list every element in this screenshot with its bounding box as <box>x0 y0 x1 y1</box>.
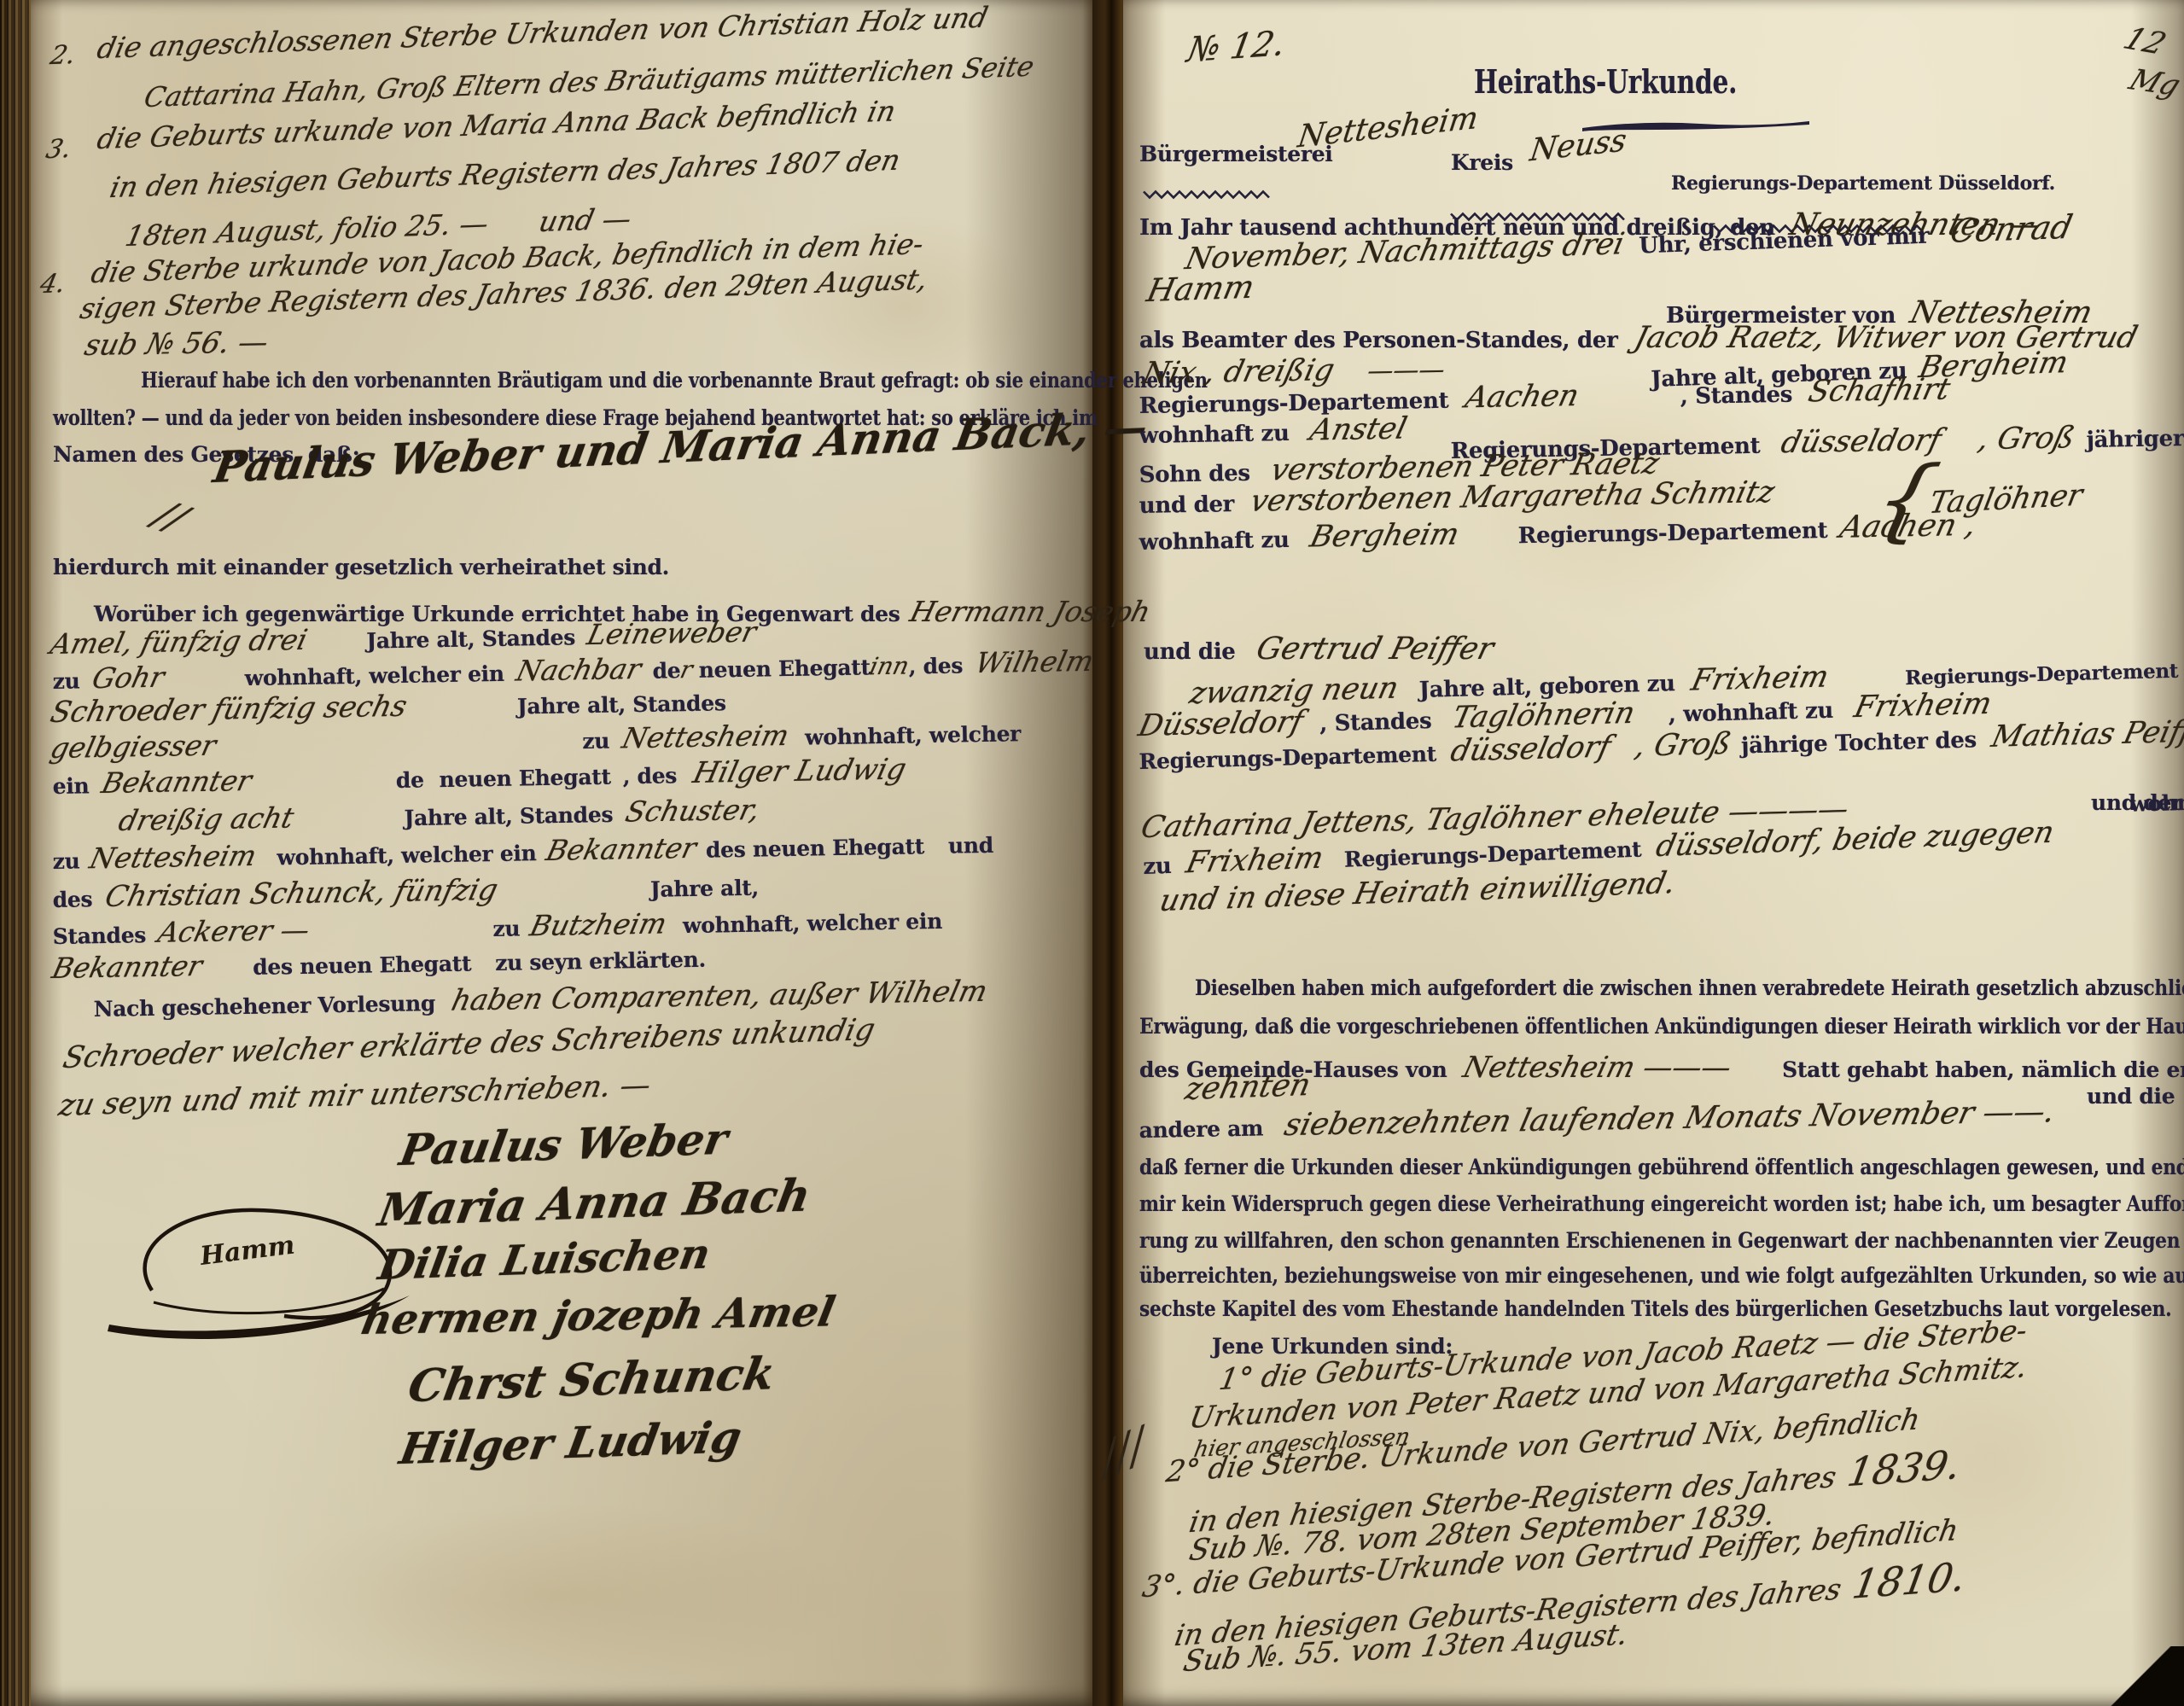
margin-slashes: /// <box>1094 1422 1153 1482</box>
first-banns-date: zehnten <box>1185 1069 1311 1106</box>
printed-form-text: als Beamter des Personen-Standes, der <box>1139 328 1618 353</box>
consent-para-2: Erwägung, daß die vorgeschriebenen öffen… <box>1139 1016 2184 1038</box>
printed-form-text: andere am <box>1139 1115 1263 1143</box>
groom-line-5: wohnhaft zuAnstel <box>1139 414 1406 450</box>
printed-form-text: Regierungs-Departement Düsseldorf. <box>1671 172 2055 195</box>
handwritten-entry: Nettesheim ——— <box>1460 1053 1735 1084</box>
printed-form-text: Regierungs-Departement <box>1518 518 1828 549</box>
handwritten-entry: verstorbenen Margaretha Schmitz <box>1248 477 1778 518</box>
form-reg-dep-duesseldorf: Regierungs-Departement Düsseldorf. <box>1671 174 2055 194</box>
handwritten-entry: Frixheim <box>1851 689 1995 724</box>
handwritten-entry: Neuss <box>1528 125 1628 167</box>
handwritten-entry: Bergheim <box>1307 519 1462 553</box>
printed-form-text: , wohnhaft zu <box>1668 698 1833 728</box>
printed-form-text: und die <box>2087 1084 2175 1109</box>
printed-form-text: und der <box>1139 492 1234 519</box>
printed-form-text: Statt gehabt haben, nämlich die erste am <box>1782 1057 2184 1082</box>
form-kreis: Kreis <box>1451 152 1513 174</box>
handwritten-entry: Aachen , <box>1837 509 1979 544</box>
handwritten-entry: Frixheim <box>1689 661 1832 696</box>
handwritten-entry: Anstel <box>1307 413 1409 446</box>
consent-para-6: mir kein Widerspruch gegen diese Verheir… <box>1139 1193 2184 1215</box>
printed-form-text: Regierungs-Departement <box>1905 660 2179 690</box>
handwritten-entry: Schafhirt <box>1806 374 1954 408</box>
printed-form-text: daß ferner die Urkunden dieser Ankündigu… <box>1139 1155 2184 1179</box>
record-number: № 12. <box>1186 26 1286 68</box>
book-spread-photo: Heiraths-Urkunde. 12 Mg Hamm 2.die anges… <box>0 0 2184 1706</box>
handwritten-entry: Taglöhnerin <box>1449 698 1638 735</box>
consent-para-4: und die <box>2087 1086 2175 1108</box>
entry-kreis: Neuss <box>1529 125 1628 166</box>
bride-line-1: und dieGertrud Peiffer <box>1144 633 1493 666</box>
printed-form-text: Regierungs-Departement <box>1343 837 1641 872</box>
handwritten-entry: /// <box>1099 1420 1148 1484</box>
printed-form-text: und die <box>1144 639 1236 665</box>
consent-para-1: Dieselben haben mich aufgefordert die zw… <box>1195 977 2184 999</box>
handwritten-entry: Hamm <box>1144 271 1257 309</box>
handwritten-entry: 1839. <box>1844 1444 1964 1493</box>
wavy-1 <box>1144 189 1272 200</box>
handwritten-entry: Frixheim <box>1183 843 1325 880</box>
handwritten-entry: Gertrud Peiffer <box>1253 633 1497 666</box>
consent-para-5: daß ferner die Urkunden dieser Ankündigu… <box>1139 1156 2184 1179</box>
handwritten-entry: siebenzehnten laufenden Monats November … <box>1281 1096 2058 1142</box>
printed-form-text: jährige Tochter des <box>1741 727 1977 759</box>
consent-para-8: überreichten, beziehungsweise von mir ei… <box>1139 1265 2184 1287</box>
printed-form-text: jähriger <box>2086 426 2184 453</box>
printed-form-text: überreichten, beziehungsweise von mir ei… <box>1139 1263 2184 1288</box>
printed-form-text: Uhr, erschienen vor mir <box>1639 224 1930 259</box>
handwritten-entry: Nettesheim <box>1296 102 1480 154</box>
handwritten-entry: № 12. <box>1185 26 1288 69</box>
handwritten-entry: Düsseldorf <box>1135 707 1306 742</box>
printed-form-text: , Standes <box>1680 382 1793 410</box>
handwritten-entry: ——— <box>1365 357 1447 385</box>
printed-form-text: wohnhaft zu <box>1139 421 1289 449</box>
printed-form-text: mir kein Widerspruch gegen diese Verheir… <box>1139 1191 2184 1216</box>
printed-form-text: Sohn des <box>1139 461 1249 488</box>
printed-form-text: zu <box>1143 853 1172 880</box>
mayor-name: Hamm <box>1147 271 1255 308</box>
handwritten-entry: Aachen <box>1462 381 1581 414</box>
handwritten-entry: , Groß <box>1975 422 2077 456</box>
consent-para-7: rung zu willfahren, den schon genannten … <box>1139 1230 2184 1252</box>
handwritten-entry: 1810. <box>1849 1556 1969 1605</box>
handwritten-entry: , Groß <box>1633 729 1735 763</box>
printed-form-text: , Standes <box>1319 708 1432 737</box>
printed-form-text: rung zu willfahren, den schon genannten … <box>1139 1228 2184 1253</box>
printed-form-text: Erwägung, daß die vorgeschriebenen öffen… <box>1139 1014 2184 1039</box>
handwritten-entry: Conrad <box>1947 211 2075 249</box>
entry-buergermeisterei: Nettesheim <box>1296 102 1479 154</box>
printed-form-text: wohnhaft <box>2129 789 2184 816</box>
right-page: № 12.BürgermeistereiNettesheimKreisNeuss… <box>0 0 2184 1706</box>
handwritten-entry: düsseldorf <box>1448 731 1614 767</box>
printed-form-text: Regierungs-Departement <box>1139 742 1436 774</box>
handwritten-entry: Mathias Peiffer <box>1989 716 2184 754</box>
printed-form-text: wohnhaft zu <box>1139 527 1289 556</box>
printed-form-text: Kreis <box>1451 150 1513 175</box>
printed-form-text: Dieselben haben mich aufgefordert die zw… <box>1195 975 2184 1000</box>
handwritten-entry: zehnten <box>1182 1069 1313 1106</box>
